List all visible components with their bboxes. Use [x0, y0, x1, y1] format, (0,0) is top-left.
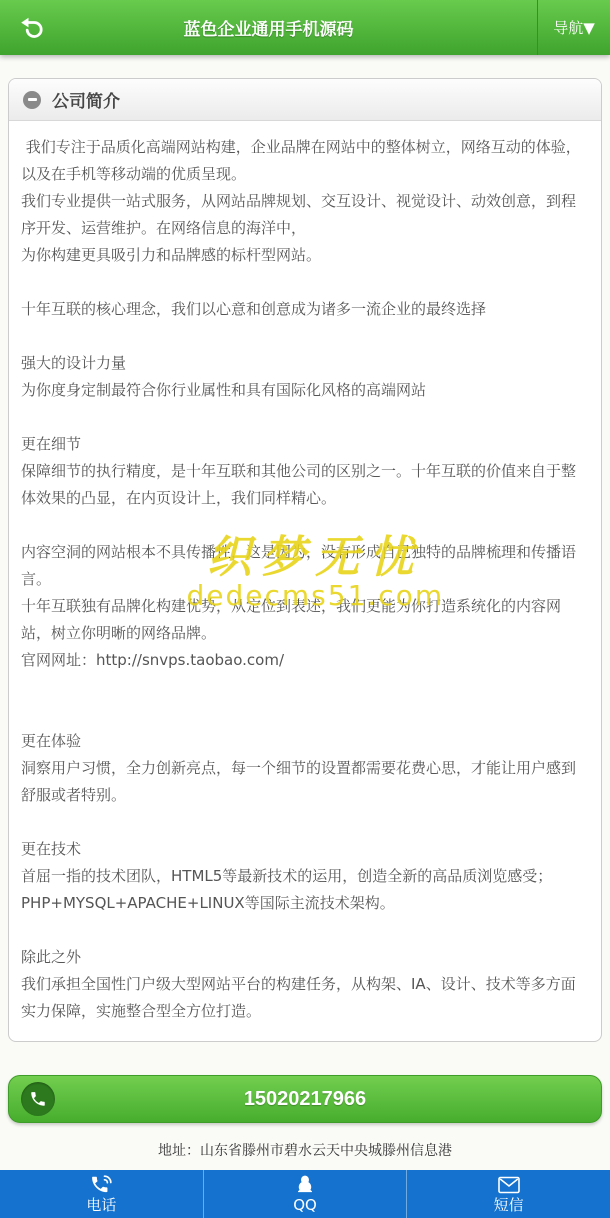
page-title: 蓝色企业通用手机源码	[0, 15, 537, 40]
call-phone-button[interactable]: 15020217966	[8, 1075, 602, 1123]
app-header: 蓝色企业通用手机源码 导航▼	[0, 0, 610, 55]
body-paragraph: 十年互联的核心理念，我们以心意和创意成为诸多一流企业的最终选择	[21, 296, 589, 323]
footer-label-phone: 电话	[86, 1197, 116, 1214]
section-body: 织梦无忧 dedecms51.com 我们专注于品质化高端网站构建，企业品牌在网…	[9, 121, 601, 1041]
footer-item-phone[interactable]: 电话	[0, 1170, 203, 1218]
body-paragraph	[21, 809, 589, 836]
company-intro-card: 公司简介 织梦无忧 dedecms51.com 我们专注于品质化高端网站构建，企…	[8, 78, 602, 1042]
body-paragraph	[21, 269, 589, 296]
body-paragraph	[21, 404, 589, 431]
body-paragraph: PHP+MYSQL+APACHE+LINUX等国际主流技术架构。	[21, 890, 589, 917]
qq-penguin-icon	[294, 1174, 316, 1196]
body-paragraph: 更在技术	[21, 836, 589, 863]
body-paragraph	[21, 701, 589, 728]
section-header[interactable]: 公司简介	[9, 79, 601, 121]
body-paragraph: 为你构建更具吸引力和品牌感的标杆型网站。	[21, 242, 589, 269]
body-paragraph	[21, 323, 589, 350]
body-paragraph: 除此之外	[21, 944, 589, 971]
body-paragraph: 更在细节	[21, 431, 589, 458]
body-paragraph: 内容空洞的网站根本不具传播性，这是因为，没有形成自己独特的品牌梳理和传播语言。	[21, 539, 589, 593]
main-content: 公司简介 织梦无忧 dedecms51.com 我们专注于品质化高端网站构建，企…	[0, 55, 610, 1160]
body-paragraph: 我们专业提供一站式服务，从网站品牌规划、交互设计、视觉设计、动效创意，到程序开发…	[21, 188, 589, 242]
footer-item-qq[interactable]: QQ	[203, 1170, 407, 1218]
address-text: 地址：山东省滕州市碧水云天中央城滕州信息港	[0, 1140, 610, 1160]
body-paragraph: 官网网址：http://snvps.taobao.com/	[21, 647, 589, 674]
nav-menu-button[interactable]: 导航▼	[537, 0, 610, 55]
body-paragraph: 更在体验	[21, 728, 589, 755]
body-paragraph: 我们专注于品质化高端网站构建，企业品牌在网站中的整体树立，网络互动的体验，以及在…	[21, 134, 589, 188]
body-paragraph	[21, 512, 589, 539]
bottom-toolbar: 电话 QQ 短信	[0, 1170, 610, 1218]
phone-number: 15020217966	[9, 1088, 601, 1111]
footer-label-sms: 短信	[494, 1197, 524, 1214]
sms-envelope-icon	[496, 1174, 522, 1196]
body-paragraph: 洞察用户习惯，全力创新亮点，每一个细节的设置都需要花费心思，才能让用户感到舒服或…	[21, 755, 589, 809]
footer-label-qq: QQ	[293, 1197, 317, 1214]
body-paragraph	[21, 917, 589, 944]
body-paragraph: 首屈一指的技术团队，HTML5等最新技术的运用，创造全新的高品质浏览感受；	[21, 863, 589, 890]
page: 蓝色企业通用手机源码 导航▼ 公司简介 织梦无忧 dedecms51.com 我…	[0, 0, 610, 1218]
body-paragraph: 十年互联独有品牌化构建优势，从定位到表述，我们更能为你打造系统化的内容网站，树立…	[21, 593, 589, 647]
body-paragraph	[21, 674, 589, 701]
footer-item-sms[interactable]: 短信	[406, 1170, 610, 1218]
body-paragraph: 保障细节的执行精度，是十年互联和其他公司的区别之一。十年互联的价值来自于整体效果…	[21, 458, 589, 512]
section-title: 公司简介	[52, 87, 120, 112]
collapse-minus-icon[interactable]	[23, 91, 41, 109]
phone-call-icon	[88, 1174, 114, 1196]
body-paragraph: 为你度身定制最符合你行业属性和具有国际化风格的高端网站	[21, 377, 589, 404]
body-paragraph: 强大的设计力量	[21, 350, 589, 377]
body-paragraph: 我们承担全国性门户级大型网站平台的构建任务，从构架、IA、设计、技术等多方面实力…	[21, 971, 589, 1025]
